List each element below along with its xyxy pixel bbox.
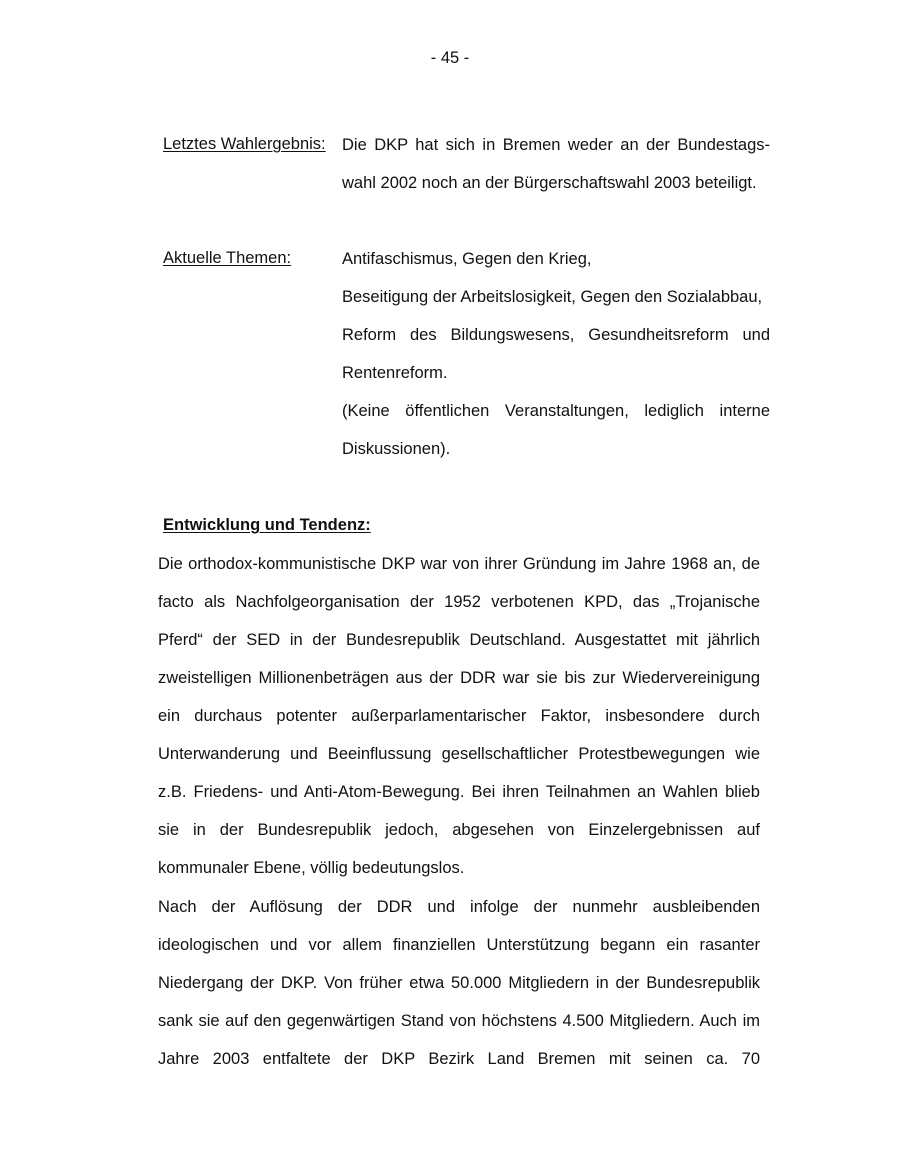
body-line: z.B. Friedens- und Anti-Atom-Bewegung. B… bbox=[158, 781, 760, 803]
body-line: kommunaler Ebene, völlig bedeutungslos. bbox=[158, 857, 760, 879]
wahlergebnis-line: Die DKP hat sich in Bremen weder an der … bbox=[342, 134, 770, 156]
body-line: sank sie auf den gegenwärtigen Stand von… bbox=[158, 1010, 760, 1032]
body-line: Pferd“ der SED in der Bundesrepublik Deu… bbox=[158, 629, 760, 651]
body-line: ideologischen und vor allem finanziellen… bbox=[158, 934, 760, 956]
body-line: facto als Nachfolgeorganisation der 1952… bbox=[158, 591, 760, 613]
body-line: sie in der Bundesrepublik jedoch, abgese… bbox=[158, 819, 760, 841]
themen-line: (Keine öffentlichen Veranstaltungen, led… bbox=[342, 400, 770, 422]
themen-line: Antifaschismus, Gegen den Krieg, bbox=[342, 248, 770, 270]
themen-line: Reform des Bildungswesens, Gesundheitsre… bbox=[342, 324, 770, 346]
body-line: Nach der Auflösung der DDR und infolge d… bbox=[158, 896, 760, 918]
wahlergebnis-label: Letztes Wahlergebnis: bbox=[163, 135, 326, 154]
body-line: Unterwanderung und Beeinflussung gesells… bbox=[158, 743, 760, 765]
page-number: - 45 - bbox=[0, 49, 900, 68]
body-line: Niedergang der DKP. Von früher etwa 50.0… bbox=[158, 972, 760, 994]
themen-label: Aktuelle Themen: bbox=[163, 249, 291, 268]
body-line: ein durchaus potenter außerparlamentaris… bbox=[158, 705, 760, 727]
body-line: Jahre 2003 entfaltete der DKP Bezirk Lan… bbox=[158, 1048, 760, 1070]
body-line: zweistelligen Millionenbeträgen aus der … bbox=[158, 667, 760, 689]
themen-line: Beseitigung der Arbeitslosigkeit, Gegen … bbox=[342, 286, 770, 308]
section-heading: Entwicklung und Tendenz: bbox=[163, 516, 371, 535]
themen-line: Diskussionen). bbox=[342, 438, 770, 460]
wahlergebnis-line: wahl 2002 noch an der Bürgerschaftswahl … bbox=[342, 172, 770, 194]
themen-line: Rentenreform. bbox=[342, 362, 770, 384]
body-line: Die orthodox-kommunistische DKP war von … bbox=[158, 553, 760, 575]
